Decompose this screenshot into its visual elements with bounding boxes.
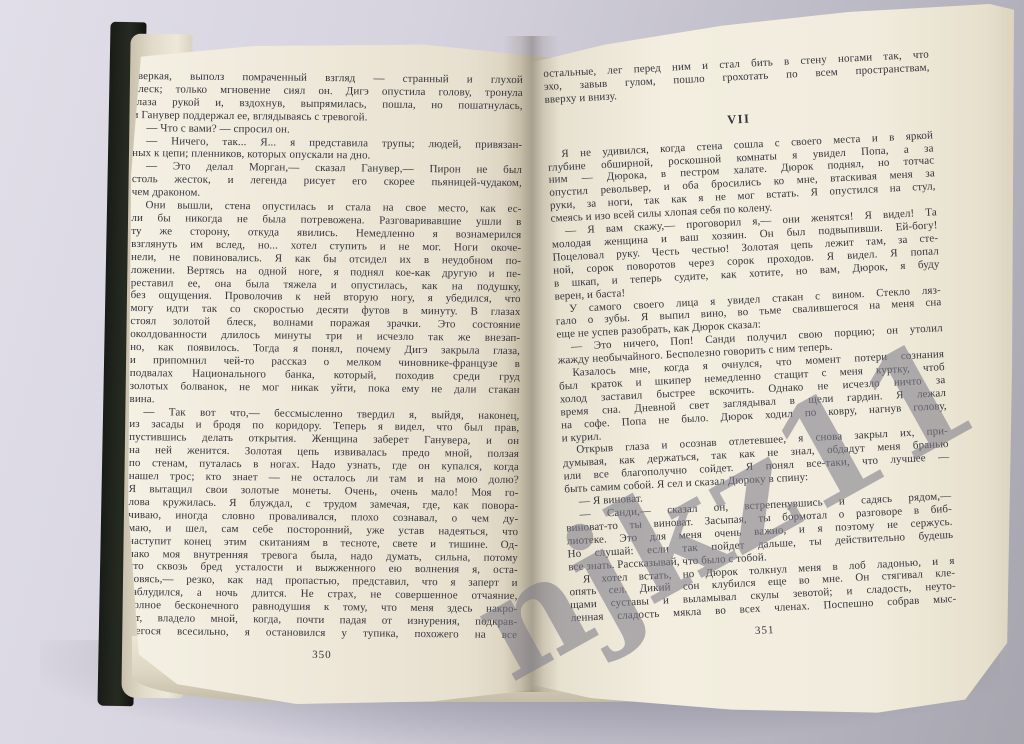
right-page-pre-heading-lines: остальные, лег перед ним и стал бить в с… [543, 48, 930, 106]
right-page-text: остальные, лег перед ним и стал бить в с… [543, 48, 958, 647]
book-photo-scene: сверкая, выполз помраченный взгляд — стр… [0, 0, 1024, 744]
gutter-shadow [503, 36, 559, 692]
page-number-left: 350 [127, 647, 517, 664]
left-page: сверкая, выполз помраченный взгляд — стр… [126, 42, 552, 704]
chapter-heading: VII [546, 103, 932, 135]
right-page-lines: Я не удивился, когда стена сошла с своег… [547, 129, 957, 625]
text-line: шегося всесильно, я остановился у тупика… [127, 625, 517, 642]
right-page: остальные, лег перед ним и стал бить в с… [527, 4, 1014, 730]
left-page-text: сверкая, выполз помраченный взгляд — стр… [127, 70, 523, 664]
left-page-lines: сверкая, выполз помраченный взгляд — стр… [127, 70, 523, 642]
